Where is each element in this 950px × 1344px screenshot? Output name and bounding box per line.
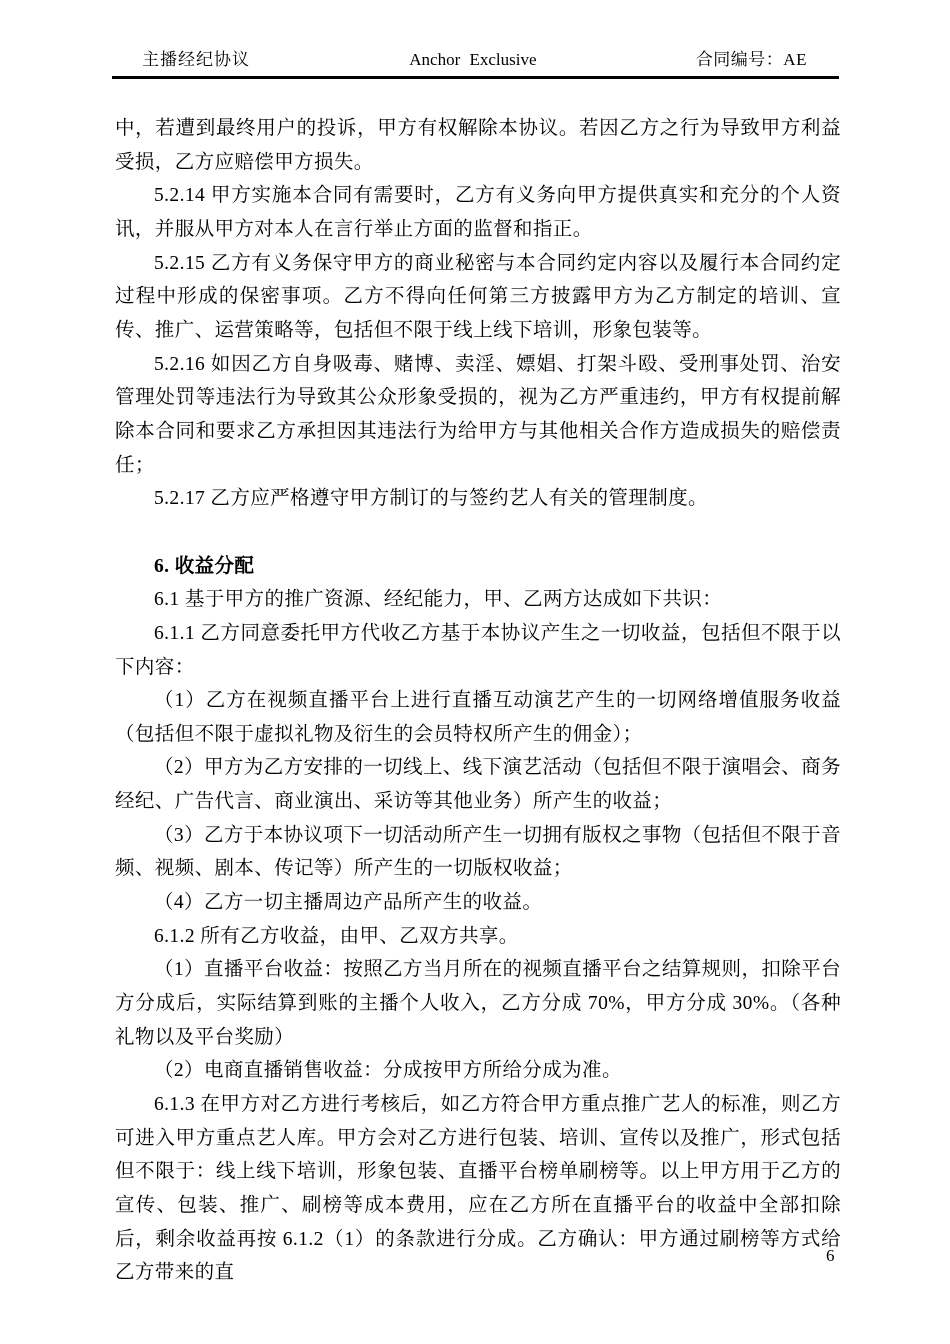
paragraph: （4）乙方一切主播周边产品所产生的收益。 xyxy=(115,886,841,920)
paragraph: 6.1 基于甲方的推广资源、经纪能力，甲、乙两方达成如下共识： xyxy=(115,583,841,617)
paragraph: （1）乙方在视频直播平台上进行直播互动演艺产生的一切网络增值服务收益（包括但不限… xyxy=(115,684,841,751)
paragraph: 6.1.1 乙方同意委托甲方代收乙方基于本协议产生之一切收益，包括但不限于以下内… xyxy=(115,617,841,684)
paragraph: 5.2.16 如因乙方自身吸毒、赌博、卖淫、嫖娼、打架斗殴、受刑事处罚、治安管理… xyxy=(115,348,841,483)
header-document-subtitle: Anchor Exclusive xyxy=(409,50,536,70)
header-contract-number: 合同编号：AE xyxy=(696,50,839,70)
page-header: 主播经纪协议 Anchor Exclusive 合同编号：AE xyxy=(112,50,839,79)
paragraph: （2）甲方为乙方安排的一切线上、线下演艺活动（包括但不限于演唱会、商务经纪、广告… xyxy=(115,751,841,818)
paragraph: 6.1.2 所有乙方收益，由甲、乙双方共享。 xyxy=(115,920,841,954)
document-body: 中，若遭到最终用户的投诉，甲方有权解除本协议。若因乙方之行为导致甲方利益受损，乙… xyxy=(115,112,841,1290)
page-number: 6 xyxy=(826,1246,835,1266)
paragraph: （2）电商直播销售收益：分成按甲方所给分成为准。 xyxy=(115,1054,841,1088)
paragraph: 6.1.3 在甲方对乙方进行考核后，如乙方符合甲方重点推广艺人的标准，则乙方可进… xyxy=(115,1088,841,1290)
section-heading: 6. 收益分配 xyxy=(115,550,841,584)
paragraph: （1）直播平台收益：按照乙方当月所在的视频直播平台之结算规则，扣除平台方分成后，… xyxy=(115,953,841,1054)
paragraph: 5.2.14 甲方实施本合同有需要时，乙方有义务向甲方提供真实和充分的个人资讯，… xyxy=(115,179,841,246)
paragraph: 5.2.15 乙方有义务保守甲方的商业秘密与本合同约定内容以及履行本合同约定过程… xyxy=(115,247,841,348)
document-page: 主播经纪协议 Anchor Exclusive 合同编号：AE 中，若遭到最终用… xyxy=(0,0,950,1344)
header-document-title: 主播经纪协议 xyxy=(112,50,250,70)
paragraph: （3）乙方于本协议项下一切活动所产生一切拥有版权之事物（包括但不限于音频、视频、… xyxy=(115,819,841,886)
paragraph: 中，若遭到最终用户的投诉，甲方有权解除本协议。若因乙方之行为导致甲方利益受损，乙… xyxy=(115,112,841,179)
paragraph: 5.2.17 乙方应严格遵守甲方制订的与签约艺人有关的管理制度。 xyxy=(115,482,841,516)
